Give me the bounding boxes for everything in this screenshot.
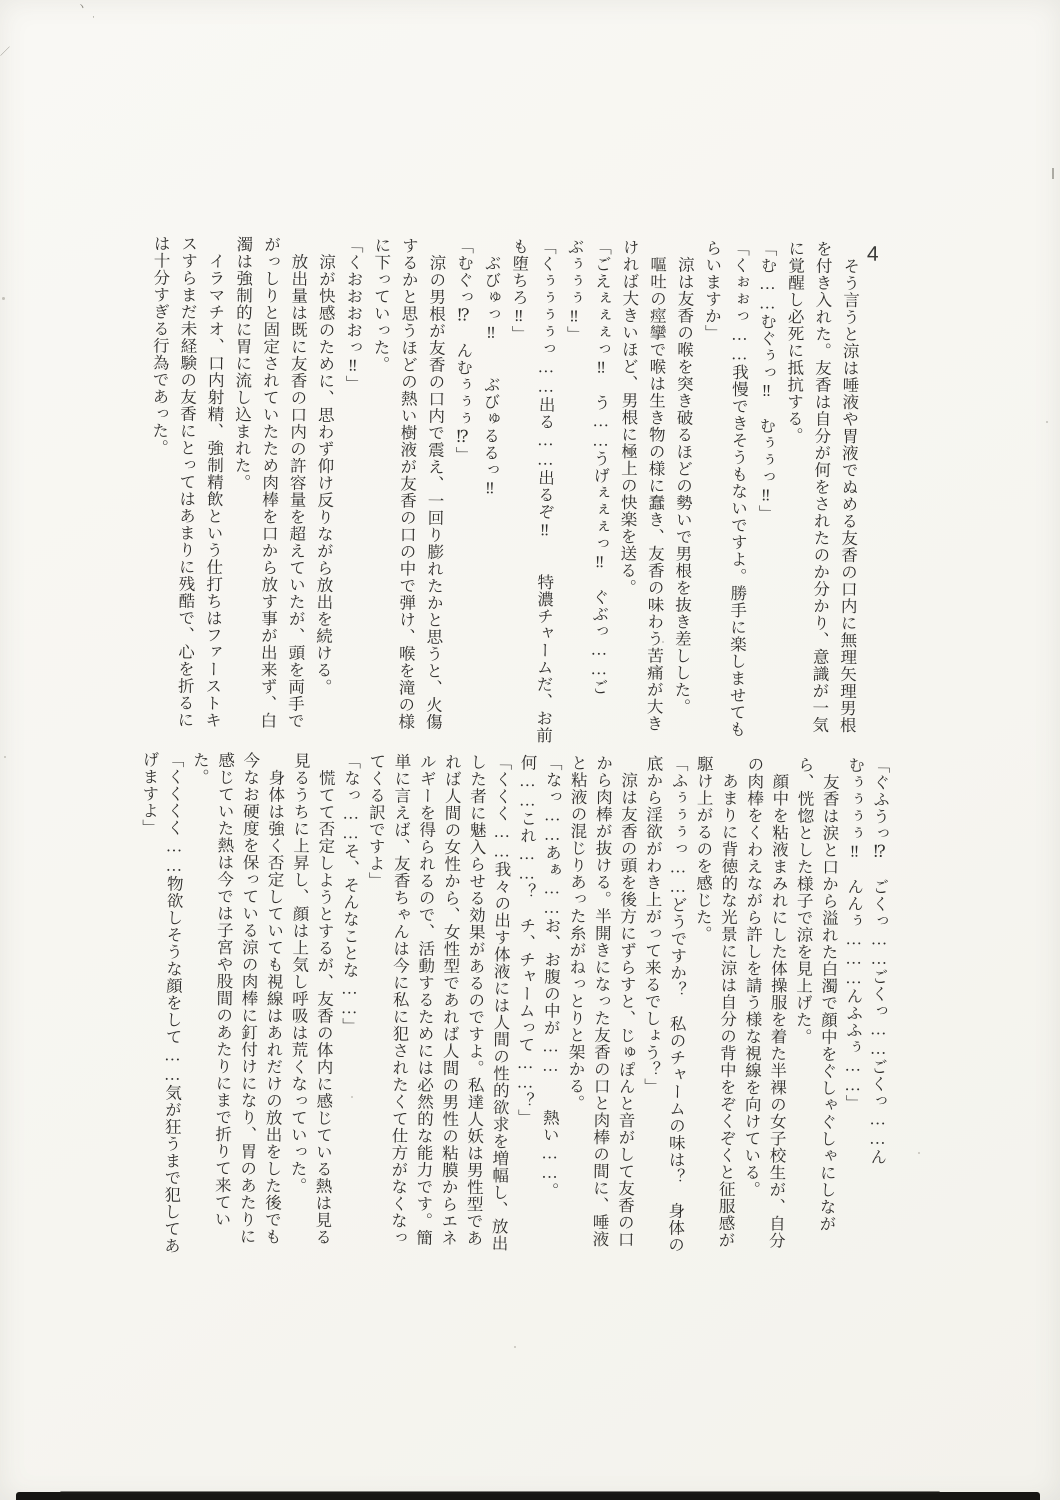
text-column: 慌てて否定しようとするが、友香の体内に感じている熱は見る [309,752,338,1272]
scan-speckle [918,1152,920,1154]
text-column: そう言うと涼は唾液や胃液でぬめる友香の口内に無理矢理男根 [832,240,864,750]
scan-speckle [351,1096,353,1098]
page-number: 4 [867,243,879,267]
text-column: ルギーを得られるので、活動するためには必然的な能力です。簡 [410,753,439,1273]
text-column: の肉棒をくわえながら許しを請う様な視線を向けている。 [738,756,767,1276]
text-column: と粘液の混じりあった糸がねっとりと架かる。 [561,754,590,1274]
scanned-document-page: 4 そう言うと涼は唾液や胃液でぬめる友香の口内に無理矢理男根を付き入れた。友香は… [0,0,1060,1500]
scan-speckle [662,641,664,643]
text-column: するかと思うほどの熱い樹液が友香の口の中で弾け、喉を滝の様 [391,237,423,747]
text-column: 「なっ……そ、そんなことな……」 [334,752,363,1272]
text-column: を付き入れた。友香は自分が何をされたのか分かり、意識が一気 [805,240,837,750]
text-column: 友香は涙と口から溢れた白濁で顔中をぐしゃぐしゃにしなが [813,756,842,1276]
text-column: らいますか」 [694,239,726,749]
text-column: あまりに背徳的な光景に涼は自分の背中をぞくぞくと征服感が [712,755,741,1275]
text-column: 涼は友香の頭を後方にずらすと、じゅぽんと音がして友香の口 [612,755,641,1275]
text-column: た。 [183,751,212,1271]
text-column: れば人間の女性から、女性型であれば人間の男性の粘膜からエネ [435,753,464,1273]
scan-speckle [514,1346,516,1348]
text-column: ければ大きいほど、男根に極上の快楽を送る。 [612,239,644,749]
text-column: 「ごえぇぇぇっ‼ う……うげぇぇぇっ‼ ぐぶっ……ご [584,238,616,748]
text-column: 濁は強制的に胃に流し込まれた。 [225,236,257,746]
text-column: 「くぉぉっ……我慢できそうもないですよ。勝手に楽しませても [722,240,754,750]
text-column: イラマチオ、口内射精、強制精飲という仕打ちはファーストキ [198,235,230,745]
scan-speckle [2,297,5,300]
scan-mark-artifact: ヽ [76,2,87,13]
text-column: ぶぅぅぅ‼」 [556,238,588,748]
text-block-bottom: 「ぐふうっ⁉ ごくっ……ごくっ……ごくっ……んむぅぅぅぅ‼ んんぅ………んふふぅ… [133,751,893,1277]
text-column: も堕ちろ‼」 [501,238,533,748]
text-column: 「くくく……我々の出す体液には人間の性的欲求を増幅し、放出 [486,754,515,1274]
text-column: から肉棒が抜ける。半開きになった友香の口と肉棒の間に、唾液 [586,754,615,1274]
text-column: 涼が快感のために、思わず仰け反りながら放出を続ける。 [308,236,340,746]
text-column: 「くぅぅぅぅっ……出る……出るぞ‼ 特濃チャームだ、お前 [529,238,561,748]
text-column: 感じていた熱は今では子宮や股間のあたりにまで折りて来てい [208,752,237,1272]
text-column: 放出量は既に友香の口内の許容量を超えていたが、頭を両手で [281,236,313,746]
text-column: ぶびゅっ‼ ぶびゅるるっ‼ [474,238,506,748]
text-column: がっしりと固定されていたため肉棒を口から放す事が出来ず、白 [253,236,285,746]
text-column: 単に言えば、友香ちゃんは今に私に犯されたくて仕方がなくなっ [385,753,414,1273]
text-column: 顔中を粘液まみれにした体操服を着た半裸の女子校生が、自分 [763,756,792,1276]
text-column: した者に魅入らせる効果があるのですよ。私達人妖は男性型であ [460,753,489,1273]
text-column: 「むぐっ⁉ んむぅぅぅ⁉」 [446,237,478,747]
text-column: むぅぅぅぅ‼ んんぅ………んふふぅ……」 [838,756,867,1276]
scan-mark-artifact: ／ [0,48,10,58]
text-column: 「む……むぐぅっ‼ むぅぅっ‼」 [750,240,782,750]
text-column: に下っていった。 [363,237,395,747]
text-column: は十分すぎる行為であった。 [143,235,175,745]
scan-speckle [4,756,6,758]
text-column: 涼は友香の喉を突き破るほどの勢いで男根を抜き差しした。 [667,239,699,749]
scan-speckle [1046,421,1048,423]
scan-edge-artifact [60,1491,940,1494]
text-column: 今なお硬度を保っている涼の肉棒に釘付けになり、胃のあたりに [234,752,263,1272]
scan-mark-artifact: · [92,13,95,22]
text-column: 「ふぅぅぅっ……どうですか？ 私のチャームの味は？ 身体の [662,755,691,1275]
text-column: 「ぐふうっ⁉ ごくっ……ごくっ……ごくっ……ん [864,757,893,1277]
text-column: 涼の男根が友香の口内で震え、一回り膨れたかと思うと、火傷 [419,237,451,747]
page-content: 4 そう言うと涼は唾液や胃液でぬめる友香の口内に無理矢理男根を付き入れた。友香は… [0,0,1060,1500]
text-column: 「なっ……あぁ……お、お腹の中が…… 熱い……。 [536,754,565,1274]
text-column: スすらまだ未経験の友香にとってはあまりに残酷で、心を折るに [170,235,202,745]
text-column: 「くおおおおっ‼」 [336,236,368,746]
text-column: 身体は強く否定していても視線はあれだけの放出をした後でも [259,752,288,1272]
text-column: に覚醒し必死に抵抗する。 [777,240,809,750]
text-column: 見るうちに上昇し、顔は上気し呼吸は荒くなっていった。 [284,752,313,1272]
text-column: 「くくくく……物欲しそうな顔をして……気が狂うまで犯してあ [158,751,187,1271]
scan-tick-artifact [1052,168,1054,179]
text-block-top: そう言うと涼は唾液や胃液でぬめる友香の口内に無理矢理男根を付き入れた。友香は自分… [143,235,864,751]
text-column: 嘔吐の痙攣で喉は生き物の様に蠢き、友香の味わう苦痛が大き [639,239,671,749]
text-column: 駆け上がるのを感じた。 [687,755,716,1275]
